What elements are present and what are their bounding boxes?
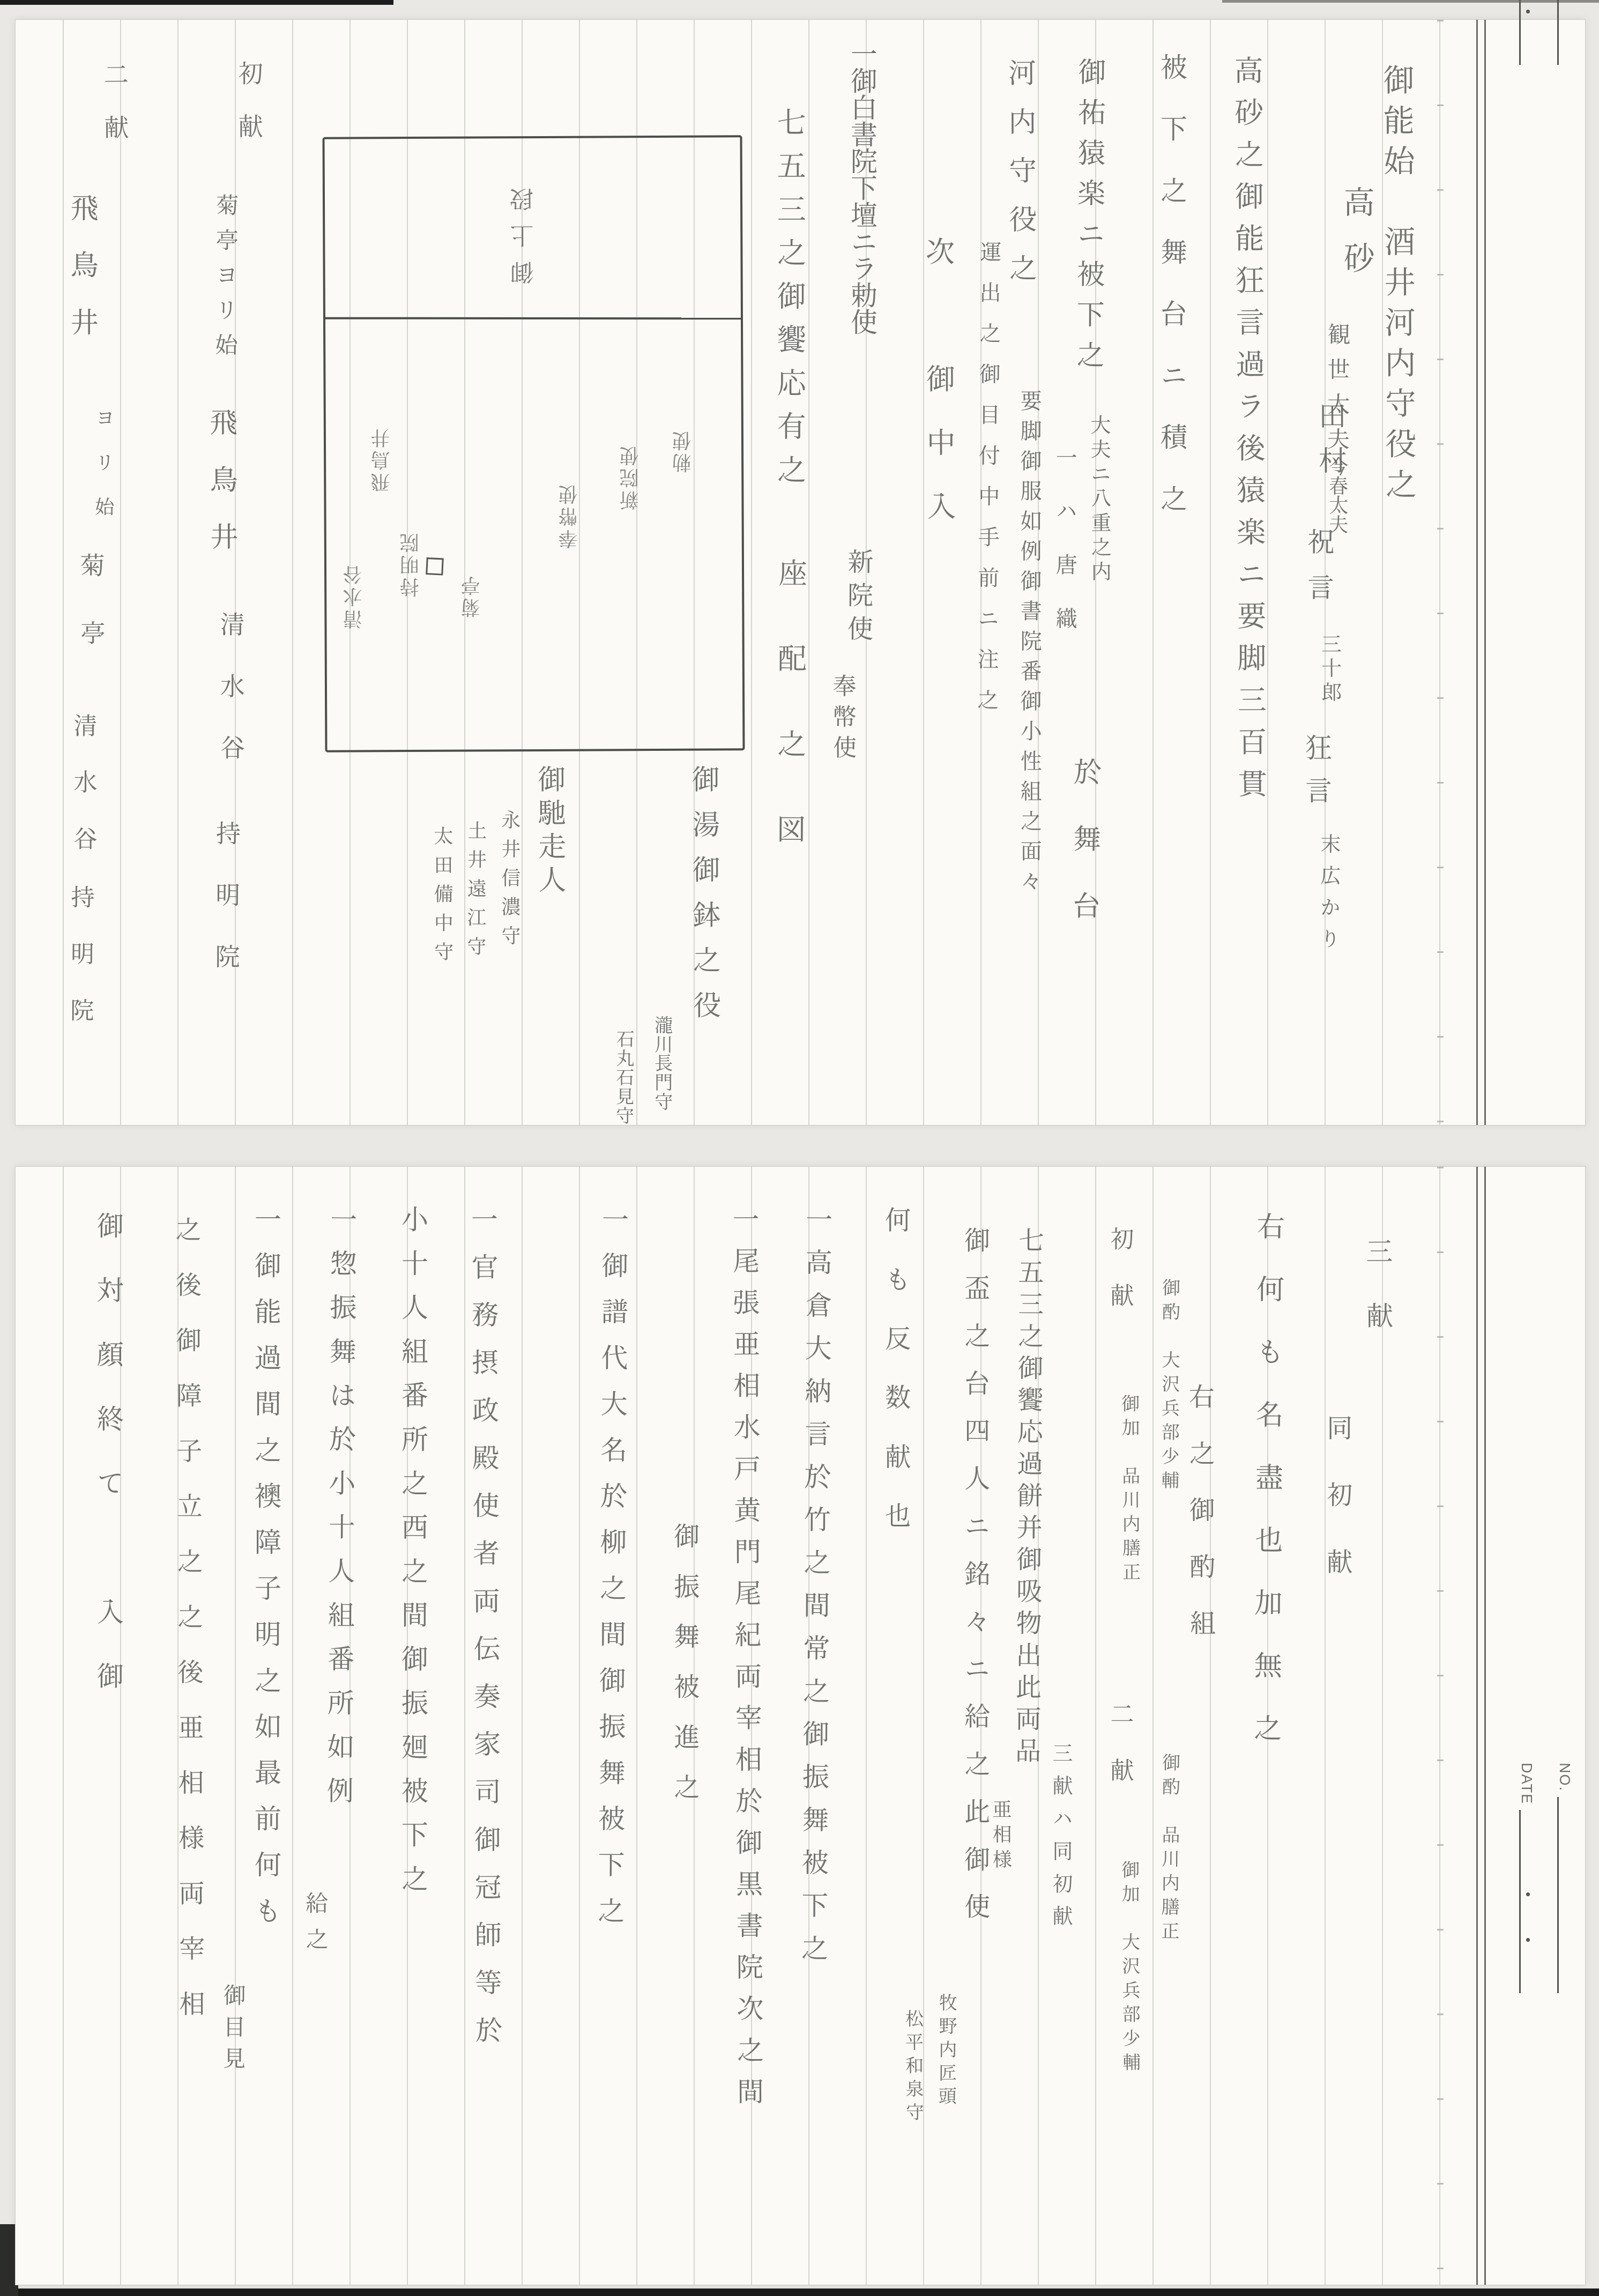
handwriting-column: 狂言 — [1300, 734, 1333, 819]
scan-edge-artifact — [0, 0, 393, 5]
diagram-divider-line — [324, 317, 742, 320]
handwriting-column: 一惣振舞は於小十人組番所如例 — [322, 1205, 358, 1821]
handwriting-column: 御対顔終て 入御 — [92, 1212, 124, 1726]
notebook-page-2: NO. DATE 三献同初献右何も名盡也加無之右之御酌組初献御酌 大沢兵部少輔御… — [15, 1166, 1586, 2285]
handwriting-column: 何も反数献也 — [880, 1206, 911, 1561]
handwriting-column: 次 御中入 — [920, 236, 956, 555]
diagram-seat-label: 菊亭 — [462, 573, 483, 617]
handwriting-column: 同初献 — [1321, 1414, 1352, 1615]
handwriting-column: 一御能過間之襖障子明之如最前何も — [250, 1205, 282, 1943]
handwriting-column: 石丸石見守 — [612, 1030, 634, 1125]
handwriting-column: 一官務摂政殿使者両伝奏家司御冠師等於 — [466, 1205, 503, 2064]
date-line — [1519, 0, 1539, 65]
handwriting-column: 松平和泉守 — [901, 2009, 924, 2126]
handwriting-column: 菊亭 — [76, 553, 107, 688]
rule-tick-marks — [1437, 20, 1444, 1125]
diagram-band-label: 御上段 — [507, 175, 542, 285]
handwriting-column: 御加 大沢兵部少輔 — [1118, 1860, 1141, 2077]
handwriting-column: 亜相様 — [988, 1799, 1012, 1875]
handwriting-column: 一高倉大納言於竹之間常之御振舞被下之 — [797, 1205, 834, 1977]
handwriting-column: 一御譜代大名於柳之間御振舞被下之 — [593, 1205, 629, 1943]
handwriting-column: 土井遠江守 — [463, 821, 487, 965]
diagram-seat-label: 奉幣使 — [559, 482, 581, 548]
handwriting-column: 御祐猿楽ニ被下之 — [1070, 57, 1106, 381]
handwriting-column: ヨリ始 — [91, 408, 115, 541]
handwriting-column: 牧野内匠頭 — [934, 1993, 957, 2110]
handwriting-column: 新院使 — [842, 548, 874, 649]
handwriting-column: 永井信濃守 — [498, 810, 521, 955]
handwriting-column: 飛鳥井 — [65, 193, 98, 365]
handwriting-column: 三献 — [1361, 1238, 1394, 1366]
handwriting-column: 一尾張亜相水戸黄門尾紀両宰相於御黒書院次之間 — [728, 1205, 765, 2119]
handwriting-column: 御加 品川内膳正 — [1118, 1394, 1141, 1586]
date-separator-dot — [1526, 10, 1530, 13]
handwriting-column: 奉幣使 — [827, 674, 856, 766]
handwriting-column: 給之 — [302, 1891, 329, 1964]
scanned-notebook: NO. DATE 御能始 酒井河内守役之高砂観世太夫田村今春太夫祝言三十郎狂言末… — [0, 0, 1599, 2296]
handwriting-column: 小十人組番所之西之間御振廻被下之 — [397, 1205, 429, 1909]
diagram-seat-label: 新院使 — [620, 443, 642, 510]
handwriting-column: 祝言 — [1302, 528, 1335, 619]
handwriting-column: 大夫ニ八重之内 — [1087, 414, 1112, 585]
handwriting-column: 御振舞被進之 — [668, 1523, 700, 1824]
handwriting-column: 瀧川長門守 — [651, 1016, 673, 1112]
handwriting-column: 御酌 大沢兵部少輔 — [1157, 1278, 1180, 1495]
date-row: DATE — [1519, 0, 1539, 65]
handwriting-column: 一御白書院下壇ニラ勅使 — [846, 40, 878, 335]
handwriting-column: 御盃之台四人ニ銘々ニ給之此御使 — [959, 1227, 990, 1941]
handwriting-column: 飛鳥井 — [204, 408, 238, 579]
handwriting-column: 高砂之御能狂言過ラ後猿楽ニ要脚三百貫 — [1229, 55, 1267, 811]
diagram-seat-label: 勅使 — [673, 428, 694, 473]
handwriting-column: 太田備中守 — [430, 826, 454, 971]
no-date-block: NO. DATE — [1501, 1763, 1577, 1993]
handwriting-column: 河内守役之 — [1002, 58, 1037, 302]
diagram-seat-label: 清水谷 — [344, 562, 365, 629]
diagram-small-square — [426, 557, 443, 575]
margin-double-line — [1476, 1167, 1486, 2285]
date-row: DATE — [1519, 1763, 1539, 1993]
handwriting-column: 三十郎 — [1317, 633, 1342, 706]
handwriting-column: 三献ハ同初献 — [1048, 1742, 1073, 1938]
handwriting-column: 初献 — [1105, 1227, 1134, 1340]
no-date-block: NO. DATE — [1501, 0, 1577, 65]
date-separator-dot — [1526, 1938, 1530, 1942]
handwriting-column: 清水谷 — [69, 713, 97, 883]
margin-double-line — [1476, 20, 1486, 1125]
handwriting-column: 要脚御服如例御書院番御小性組之面々 — [1016, 390, 1042, 900]
handwriting-column: 二献 — [100, 62, 130, 168]
handwriting-column: 今春太夫 — [1326, 457, 1349, 534]
handwriting-column: 座配之図 — [771, 558, 808, 900]
date-separator-dot — [1526, 1892, 1530, 1896]
handwriting-column: 御湯御鉢之役 — [686, 765, 720, 1036]
handwriting-column: 七五三之御饗応有之 — [772, 107, 807, 498]
scan-edge-artifact — [0, 2288, 1599, 2296]
handwriting-column: 右何も名盡也加無之 — [1248, 1212, 1285, 1776]
handwriting-column: 被下之舞台ニ積之 — [1156, 53, 1188, 546]
notebook-page-1: NO. DATE 御能始 酒井河内守役之高砂観世太夫田村今春太夫祝言三十郎狂言末… — [15, 19, 1586, 1125]
no-line — [1557, 0, 1577, 65]
no-line — [1557, 1797, 1577, 1993]
handwriting-column: 初献 — [234, 61, 263, 167]
date-label: DATE — [1519, 1763, 1534, 1810]
handwriting-column: 高砂 — [1337, 186, 1375, 298]
handwriting-column: 持明院 — [65, 885, 94, 1055]
handwriting-column: 之後御障子立之之後亜相様両宰相 — [170, 1216, 205, 2046]
handwriting-column: 運出之御目付中手前ニ注之 — [973, 241, 1002, 729]
handwriting-column: 菊亭ヨリ始 — [211, 193, 239, 368]
date-line — [1519, 1810, 1539, 1993]
handwriting-column: 持明院 — [211, 821, 241, 1005]
handwriting-column: 於舞台 — [1067, 757, 1102, 958]
handwriting-column: 御能始 酒井河内守役之 — [1377, 64, 1417, 509]
handwriting-column: 御目見 — [219, 1984, 246, 2078]
handwriting-column: 七五三之御饗応過餅并御吸物出此両品 — [1010, 1227, 1044, 1769]
no-row: NO. — [1557, 0, 1577, 65]
handwriting-column: 清水谷 — [215, 612, 245, 796]
no-label: NO. — [1557, 1763, 1572, 1797]
handwriting-column: 一ハ唐織 — [1052, 446, 1077, 661]
no-row: NO. — [1557, 1763, 1577, 1993]
handwriting-column: 御酌 品川内膳正 — [1157, 1753, 1180, 1945]
handwriting-column: 右之御酌組 — [1184, 1383, 1216, 1666]
handwriting-column: 御馳走人 — [532, 765, 566, 899]
diagram-seat-label: 飛鳥井 — [371, 426, 393, 492]
rule-tick-marks — [1437, 1167, 1444, 2285]
diagram-seat-label: 持明院 — [400, 530, 422, 597]
handwriting-column: 末広かり — [1316, 833, 1341, 960]
handwriting-column: 二献 — [1105, 1702, 1134, 1815]
